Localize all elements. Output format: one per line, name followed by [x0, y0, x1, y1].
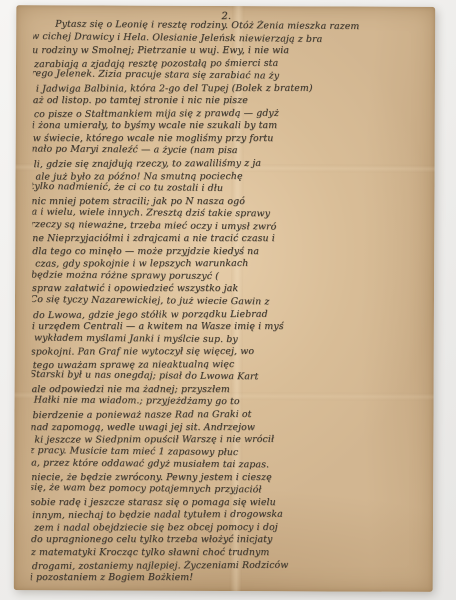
scan-background: 2. Pytasz się o Leonię i resztę rodziny.… — [0, 0, 456, 600]
handwriting-line: li, gdzie się znajdują rzeczy, to zawali… — [34, 157, 433, 172]
handwriting-line: i Jadwiga Balbinia, która 2-go del Tupej… — [36, 82, 433, 96]
handwriting-line: ta, przez które oddawać gdyż musiałem ta… — [31, 458, 432, 474]
handwriting-line: dla tego co minęło — może przyjdzie kied… — [32, 246, 432, 259]
handwriting-line: u rodziny w Smolnej; Pietrzanie u wuj. E… — [32, 45, 433, 58]
handwriting-line: drogami, zostaniemy najlepiej. Życzeniam… — [32, 559, 431, 574]
handwriting-line: i pozostaniem z Bogiem Bożkiem! — [31, 572, 431, 585]
handwriting-line: do Lwowa, gdzie jego stółik w porządku L… — [33, 308, 432, 323]
letter-paper: 2. Pytasz się o Leonię i resztę rodziny.… — [14, 5, 436, 592]
handwriting-line: spokojni. Pan Graf nie wytoczył się więc… — [31, 346, 432, 360]
handwriting-line: ne Nieprzyjaciółmi i zdrajcami a nie tra… — [32, 233, 432, 246]
handwriting-line: i urzędem Centrali — a kwitem na Wasze i… — [32, 321, 432, 334]
handwriting-line: do upragnionego celu tylko trzeba włożyć… — [31, 534, 431, 547]
handwriting-line: zem i nadal obejdziecie się bez obcej po… — [34, 521, 431, 535]
handwriting-line: nad zapomogą, wedle uwagi jej sit. Andrz… — [31, 422, 432, 435]
handwriting-line: aż od listop. po tamtej stronie i nic ni… — [33, 95, 433, 108]
handwriting-line: i żona umierały, to byśmy wcale nie szuk… — [32, 120, 433, 133]
handwriting-line: bierdzenie a ponieważ nasze Rad na Graki… — [32, 408, 431, 423]
handwriting-line: z matematyki Krocząc tylko sławni choć t… — [31, 547, 431, 560]
handwriting-text-block: Pytasz się o Leonię i resztę rodziny. Ot… — [31, 19, 433, 587]
